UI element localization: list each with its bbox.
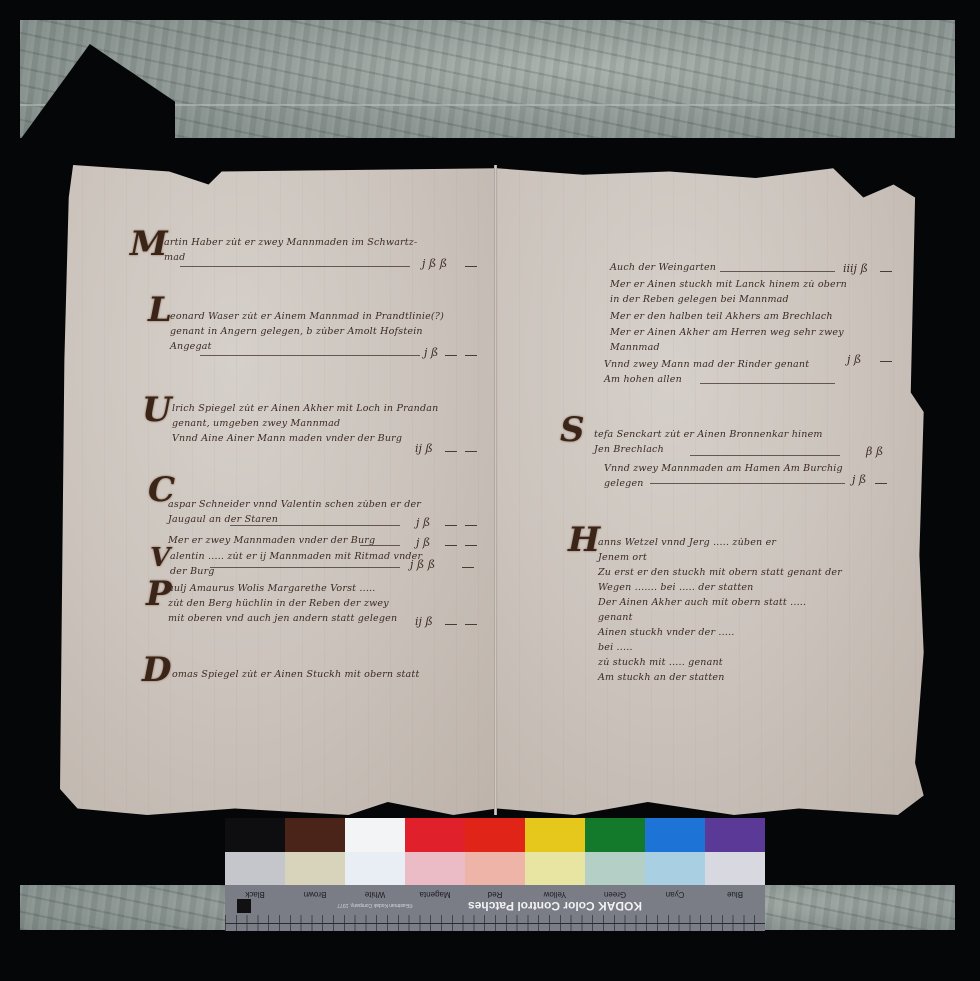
entry-line: genant [598,610,842,625]
entry-dash [445,624,457,625]
entry-dash [880,271,892,272]
decorated-initial: D [142,653,171,687]
tint-patch-black [225,852,285,885]
entry-dash [445,355,457,356]
entry-line: zu̇t den Berg hüchlin in der Reben der z… [168,596,397,611]
kodak-logo-icon [237,899,251,913]
entry-dash [445,525,457,526]
entry-line: Am stuckh an der statten [598,670,842,685]
patch-label: Blue [705,885,765,899]
entry-amount: ij ß [415,615,433,628]
color-patch-brown [285,818,345,852]
color-patch-cyan [645,818,705,852]
entry-mer-stuckh: Mer er Ainen stuckh mit Lanck hinem zu̇ … [610,277,847,307]
entry-rule [360,545,400,546]
entry-line: Am hohen allen [604,372,809,387]
entry-amount: β ß [866,445,883,458]
decorated-initial: S [560,413,585,447]
color-patches-saturated [225,818,765,852]
center-fold [494,165,497,815]
entry-dash [465,266,477,267]
entry-line: in der Reben gelegen bei Mannmad [610,292,847,307]
entry-line: Mer er Ainen Akher am Herren weg sehr zw… [610,325,844,340]
gray-scale-ruler: BlueCyanGreenYellowRedMagentaWhiteBrownB… [225,885,765,931]
tint-patch-yellow [525,852,585,885]
patch-label: White [345,885,405,899]
entry-line: alentin ..... zu̇t er ij Mannmaden mit R… [170,549,422,564]
entry-line: mit oberen vnd auch jen andern statt gel… [168,611,397,626]
entry-zwey-mannmaden: Vnnd zwey Mannmaden am Hamen Am Burchig … [604,461,843,491]
entry-line: artin Haber zu̇t er zwey Mannmaden im Sc… [164,235,417,250]
patch-label: Red [465,885,525,899]
tint-patch-blue [705,852,765,885]
tint-patch-green [585,852,645,885]
entry-amount: j ß [416,516,430,529]
entry-dash [875,483,887,484]
color-patch-black [225,818,285,852]
color-patch-yellow [525,818,585,852]
entry-dash [465,624,477,625]
decorated-initial: M [130,227,168,261]
entry-rule [650,483,845,484]
entry-line: eonard Waser zu̇t er Ainem Mannmad in Pr… [170,309,444,324]
entry-line: Mer er den halben teil Akhers am Brechla… [610,309,833,324]
entry-amount: j ß [852,473,866,486]
entry-weingarten: Auch der Weingarten [610,260,716,275]
entry-line: Vnnd Aine Ainer Mann maden vnder der Bur… [172,431,438,446]
entry-dash [462,567,474,568]
ruler-baseline [225,923,765,924]
entry-dash [445,451,457,452]
entry-amount: j ß [424,346,438,359]
entry-dash [445,545,457,546]
entry-line: Mer er zwey Mannmaden vnder der Burg [168,533,375,548]
entry-line: Der Ainen Akher auch mit obern statt ...… [598,595,842,610]
entry-line: zu̇ stuckh mit ..... genant [598,655,842,670]
color-patch-magenta [405,818,465,852]
tint-patch-white [345,852,405,885]
entry-line: bei ..... [598,640,842,655]
decorated-initial: V [150,545,170,571]
decorated-initial: H [568,523,600,557]
entry-amount: ij ß [415,442,433,455]
entry-line: Vnnd zwey Mann mad der Rinder genant [604,357,809,372]
tint-patch-brown [285,852,345,885]
entry-amount: j ß ß [422,257,447,270]
ruler-title: KODAK Color Control Patches [405,899,705,913]
patch-label: Green [585,885,645,899]
entry-amount: j ß ß [410,558,435,571]
entry-amount: j ß [416,536,430,549]
entry-rule [690,455,840,456]
patch-label: Brown [285,885,345,899]
kodak-color-control-patches: BlueCyanGreenYellowRedMagentaWhiteBrownB… [225,818,765,930]
patch-label: Cyan [645,885,705,899]
entry-rule [230,525,400,526]
entry-line: aspar Schneider vnnd Valentin schen zu̇b… [168,497,421,512]
entry-line: Jenem ort [598,550,842,565]
patch-labels: BlueCyanGreenYellowRedMagentaWhiteBrownB… [225,885,765,899]
manuscript-spread: M artin Haber zu̇t er zwey Mannmaden im … [60,165,928,815]
entry-line: genant, umgeben zwey Mannmad [172,416,438,431]
entry-dash [465,451,477,452]
entry-line: mad [164,250,417,265]
color-patches-tints [225,852,765,885]
entry-dash [465,525,477,526]
entry-line: Mannmad [610,340,844,355]
patch-label: Magenta [405,885,465,899]
entry-amount: iiij ß [843,262,868,275]
entry-rule [210,567,400,568]
tint-patch-cyan [645,852,705,885]
entry-line: Ainen stuckh vnder der ..... [598,625,842,640]
entry-line: omas Spiegel zu̇t er Ainen Stuckh mit ob… [172,667,419,682]
entry-line: aulj Amaurus Wolis Margarethe Vorst ....… [168,581,397,596]
color-patch-green [585,818,645,852]
color-patch-white [345,818,405,852]
entry-line: genant in Angern gelegen, b zu̇ber Amolt… [170,324,444,339]
tint-patch-red [465,852,525,885]
entry-line: Wegen ....... bei ..... der statten [598,580,842,595]
entry-amount: j ß [847,353,861,366]
entry-dash [880,361,892,362]
entry-rule [180,266,410,267]
entry-rule [200,355,420,356]
decorated-initial: L [148,293,172,327]
patch-label: Yellow [525,885,585,899]
color-patch-blue [705,818,765,852]
entry-line: Angegat [170,339,444,354]
entry-line: Mer er Ainen stuckh mit Lanck hinem zu̇ … [610,277,847,292]
entry-line: Auch der Weingarten [610,260,716,275]
entry-dash [465,355,477,356]
decorated-initial: U [142,393,172,427]
tint-patch-magenta [405,852,465,885]
entry-line: lrich Spiegel zu̇t er Ainen Akher mit Lo… [172,401,438,416]
entry-line: anns Wetzel vnnd Jerg ..... zu̇ben er [598,535,842,550]
entry-mer-akher: Mer er Ainen Akher am Herren weg sehr zw… [610,325,844,355]
color-patch-red [465,818,525,852]
entry-rule [720,271,835,272]
patch-label: Black [225,885,285,899]
entry-line: Zu erst er den stuckh mit obern statt ge… [598,565,842,580]
entry-line: Vnnd zwey Mannmaden am Hamen Am Burchig [604,461,843,476]
entry-line: tefa Senckart zu̇t er Ainen Bronnenkar h… [594,427,823,442]
entry-dash [465,545,477,546]
entry-rule [700,383,835,384]
entry-mer-zwey: Mer er zwey Mannmaden vnder der Burg [168,533,375,548]
entry-mer-halben: Mer er den halben teil Akhers am Brechla… [610,309,833,324]
